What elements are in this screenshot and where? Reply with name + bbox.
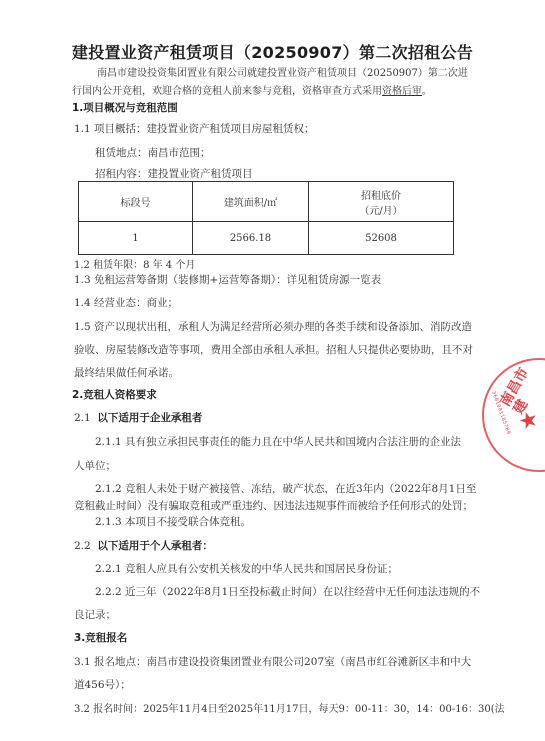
sub-2-2: 2.2 以下适用于个人承租者：: [74, 538, 213, 553]
item-1-5-line-3: 最终结果做任何承诺。: [74, 365, 179, 380]
lease-content: 招租内容：建投置业资产租赁项目: [95, 166, 253, 181]
intro-text: 行国内公开竞租，欢迎合格的竞租人前来参与竞租，资格审查方式采用: [72, 86, 382, 97]
item-3-1-line-1: 3.1 报名地点：南昌市建设投资集团置业有限公司207室（南昌市红谷滩新区丰和中…: [74, 654, 471, 669]
item-2-1-1-line-1: 2.1.1 具有独立承担民事责任的能力且在中华人民共和国境内合法注册的企业法: [95, 434, 461, 449]
header-area: 建筑面积/㎡: [193, 182, 309, 222]
item-1-5-line-1: 1.5 资产以现状出租，承租人为满足经营所必须办理的各类手续和设备添加、消防改造: [74, 319, 472, 334]
sub-2-2-label: 以下适用于个人承租者：: [97, 540, 213, 552]
cell-lot: 1: [79, 222, 193, 255]
intro-line-1: 南昌市建设投资集团置业有限公司就建投置业资产租赁项目（20250907）第二次进: [97, 64, 468, 79]
item-2-1-2-line-2: 竞租截止时间）没有骗取竞租或严重违约、因违法违规事件而被给予任何形式的处罚；: [74, 498, 473, 513]
sub-2-2-number: 2.2: [74, 540, 91, 552]
header-price-label: 招租底价: [309, 187, 453, 202]
seal-star-icon: ★: [516, 411, 541, 431]
item-2-2-2-line-2: 良记录；: [74, 607, 116, 622]
item-3-2: 3.2 报名时间：2025年11月4日至2025年11月17日，每天9：00-1…: [74, 700, 505, 715]
section-3-heading: 3.竞租报名: [74, 630, 127, 645]
item-1-5-line-2: 验收、房屋装修改造等事项，费用全部由承租人承担。招租人只提供必要协助，且不对: [74, 342, 473, 357]
section-1-heading: 1.项目概况与竞租范围: [72, 100, 178, 115]
item-2-1-2-line-1: 2.1.2 竞租人未处于财产被接管、冻结，破产状态，在近3年内（2022年8月1…: [95, 481, 476, 496]
cell-price: 52608: [309, 222, 454, 255]
lease-location: 租赁地点：南昌市范围；: [95, 145, 211, 160]
bid-table: 标段号 建筑面积/㎡ 招租底价 （元/月） 1 2566.18 52608: [78, 181, 454, 255]
qualification-review-link: 资格后审: [382, 86, 422, 97]
item-1-3: 1.3 免租运营筹备期（装修期+运营筹备期）：详见租赁房源一览表: [74, 272, 381, 287]
document-page: 建投置业资产租赁项目（20250907）第二次招租公告 南昌市建设投资集团置业有…: [0, 0, 545, 741]
table-header-row: 标段号 建筑面积/㎡ 招租底价 （元/月）: [79, 182, 454, 222]
page-title: 建投置业资产租赁项目（20250907）第二次招租公告: [0, 40, 545, 63]
intro-line-2: 行国内公开竞租，欢迎合格的竞租人前来参与竞租，资格审查方式采用资格后审。: [72, 82, 432, 97]
sub-2-1-label: 以下适用于企业承租者: [97, 412, 202, 424]
item-2-1-1-line-2: 人单位；: [74, 458, 116, 473]
item-1-1: 1.1 项目概括：建投置业资产租赁项目房屋租赁权；: [74, 121, 315, 136]
item-2-2-1: 2.2.1 竞租人应具有公安机关核发的中华人民共和国居民身份证；: [95, 561, 398, 576]
header-lot: 标段号: [79, 182, 193, 222]
item-2-2-2-line-1: 2.2.2 近三年（2022年8月1日至投标截止时间）在以往经营中无任何违法违规…: [95, 584, 480, 599]
header-price-unit: （元/月）: [309, 202, 453, 217]
header-price: 招租底价 （元/月）: [309, 182, 454, 222]
sub-2-1-number: 2.1: [74, 412, 91, 424]
item-1-2: 1.2 租赁年限：8 年 4 个月: [74, 256, 195, 271]
intro-end: 。: [422, 86, 432, 97]
item-3-1-line-2: 道456号）；: [74, 677, 131, 692]
table-row: 1 2566.18 52608: [79, 222, 454, 255]
section-2-heading: 2.竞租人资格要求: [72, 387, 157, 402]
item-2-1-3: 2.1.3 本项目不接受联合体竞租。: [95, 514, 251, 529]
sub-2-1: 2.1 以下适用于企业承租者: [74, 410, 202, 425]
item-1-4: 1.4 经营业态：商业；: [74, 295, 178, 310]
cell-area: 2566.18: [193, 222, 309, 255]
